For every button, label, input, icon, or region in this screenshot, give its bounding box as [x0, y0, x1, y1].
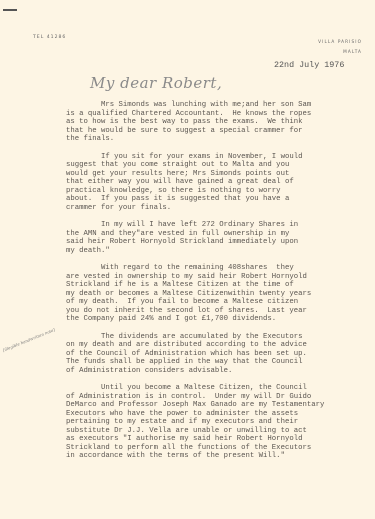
- text-line: the finals.: [66, 135, 371, 144]
- text-line: pertaining to my estate and if my execut…: [66, 418, 371, 427]
- text-line: Mrs Simonds was lunching with me;and her…: [66, 101, 371, 110]
- text-line: In my will I have left 272 Ordinary Shar…: [66, 221, 371, 230]
- text-line: substitute Dr J.J. Vella are unable or u…: [66, 427, 371, 436]
- text-line: as executors "I authorise my said heir R…: [66, 435, 371, 444]
- text-line: DeMarco and Professor Joseph Max Ganado …: [66, 401, 371, 410]
- text-line: Executors who have the power to administ…: [66, 410, 371, 419]
- text-line: suggest that you come straight out to Ma…: [66, 161, 371, 170]
- text-line: are vested in ownership to my said heir …: [66, 273, 371, 282]
- text-line: in accordance with the terms of the pres…: [66, 452, 371, 461]
- text-line: my death or becomes a Maltese Citizenwit…: [66, 290, 371, 299]
- text-line: the AMN and they"are vested in full owne…: [66, 230, 371, 239]
- text-line: Strickland if he is a Maltese Citizen at…: [66, 281, 371, 290]
- text-line: that either way you will have gained a g…: [66, 178, 371, 187]
- letter-body: Mrs Simonds was lunching with me;and her…: [66, 101, 371, 470]
- paragraph: Until you become a Maltese Citizen, the …: [66, 384, 371, 461]
- handwritten-salutation: My dear Robert,: [90, 74, 222, 92]
- paragraph: The dividends are accumulated by the Exe…: [66, 333, 371, 376]
- text-line: on my death and are distributed accordin…: [66, 341, 371, 350]
- text-line: the Company paid 24% and I got £1,700 di…: [66, 315, 371, 324]
- letterhead-telephone: TEL 41286: [33, 35, 66, 40]
- handwritten-margin-note: [illegible handwritten note]: [2, 326, 60, 353]
- paragraph: With regard to the remaining 408shares t…: [66, 264, 371, 324]
- text-line: is a qualified Chartered Accountant. He …: [66, 110, 371, 119]
- text-line: as to how is the best way to pass the ex…: [66, 118, 371, 127]
- text-line: crammer for your finals.: [66, 204, 371, 213]
- text-line: The dividends are accumulated by the Exe…: [66, 333, 371, 342]
- paragraph: If you sit for your exams in November, I…: [66, 153, 371, 213]
- paragraph: In my will I have left 272 Ordinary Shar…: [66, 221, 371, 255]
- letterhead-address-line2: MALTA: [343, 49, 362, 54]
- text-line: If you sit for your exams in November, I…: [66, 153, 371, 162]
- text-line: said heir Robert Hornyold Strickland imm…: [66, 238, 371, 247]
- text-line: Strickland to perform all the functions …: [66, 444, 371, 453]
- paragraph: Mrs Simonds was lunching with me;and her…: [66, 101, 371, 144]
- text-line: The funds shall be applied in the way th…: [66, 358, 371, 367]
- letter-date: 22nd July 1976: [274, 60, 344, 70]
- text-line: you do not inherit the second lot of sha…: [66, 307, 371, 316]
- text-line: my death.": [66, 247, 371, 256]
- corner-mark: [3, 9, 17, 11]
- text-line: practical knowledge, so there is nothing…: [66, 187, 371, 196]
- text-line: of Administration considers advisable.: [66, 367, 371, 376]
- text-line: about. If you pass it is suggested that …: [66, 195, 371, 204]
- text-line: of the Council of Administration which h…: [66, 350, 371, 359]
- letterhead-address-line1: VILLA PARISIO: [318, 39, 362, 44]
- text-line: would get your results here; Mrs Simonds…: [66, 170, 371, 179]
- text-line: of my death. If you fail to become a Mal…: [66, 298, 371, 307]
- text-line: With regard to the remaining 408shares t…: [66, 264, 371, 273]
- text-line: Until you become a Maltese Citizen, the …: [66, 384, 371, 393]
- text-line: of Administration is in control. Under m…: [66, 393, 371, 402]
- text-line: that he would be sure to suggest a speci…: [66, 127, 371, 136]
